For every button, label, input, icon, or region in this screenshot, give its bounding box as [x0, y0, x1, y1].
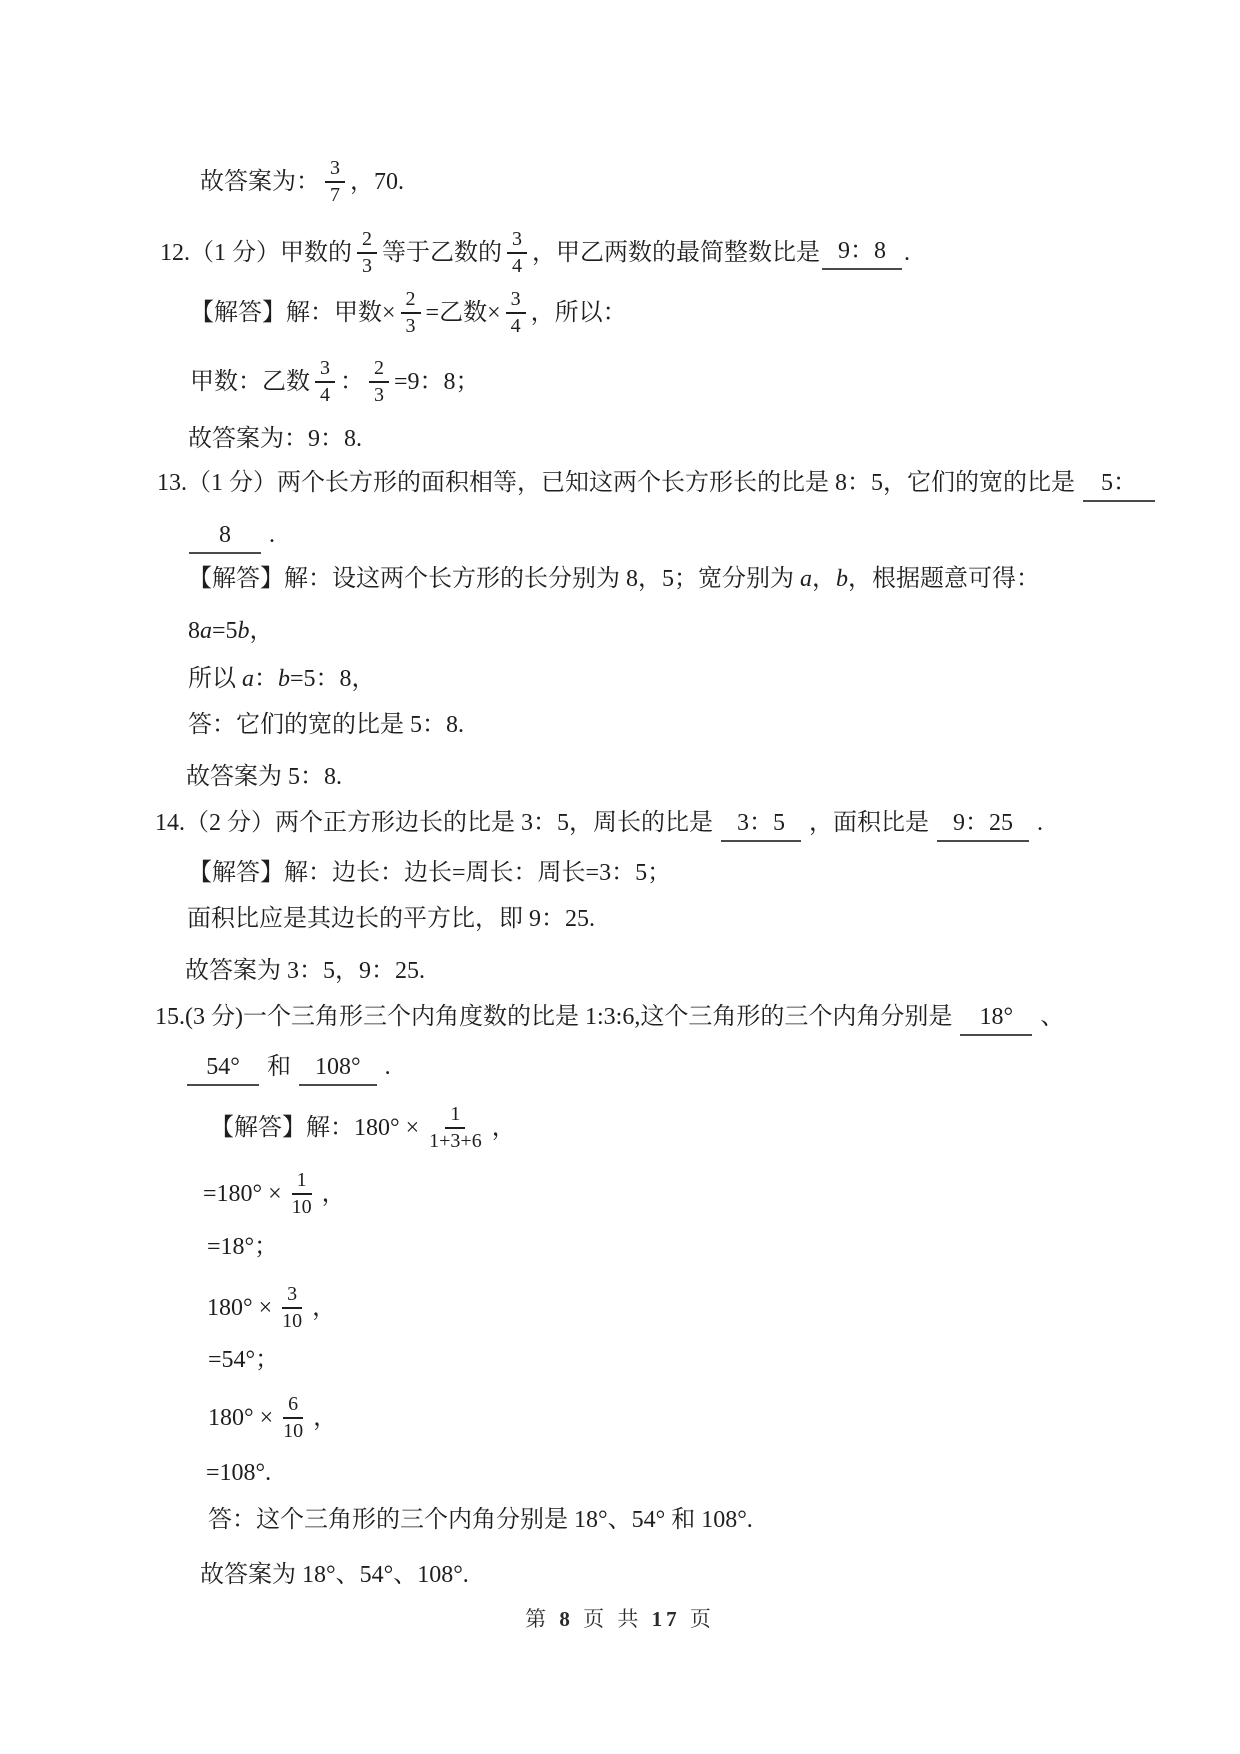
text: 180° × — [207, 1293, 272, 1323]
text: . — [904, 238, 910, 268]
text: 答：它们的宽的比是 5：8. — [188, 712, 464, 738]
text: . — [385, 1054, 391, 1080]
q15-solution-line-3: =18°； — [207, 1232, 278, 1262]
text: 180° × — [208, 1403, 273, 1433]
text: 故答案为：9：8. — [188, 426, 362, 452]
text: =54°； — [208, 1347, 279, 1373]
fraction: 3 4 — [506, 289, 526, 337]
page-footer: 第 8 页 共 17 页 — [0, 1603, 1240, 1633]
q15-question-line-2: 54° 和 108° . — [185, 1052, 391, 1086]
fraction-denominator: 10 — [287, 1195, 317, 1218]
answer-blank: 3：5 — [721, 808, 801, 842]
text: 【解答】解：180° × — [210, 1113, 419, 1143]
fraction-denominator: 4 — [506, 314, 526, 337]
text: 【解答】解：甲数× — [190, 298, 396, 328]
text: 故答案为 18°、54°、108°. — [200, 1562, 469, 1588]
q13-question-line-2: 8 . — [187, 520, 275, 554]
fraction-numerator: 3 — [506, 289, 526, 314]
fraction-denominator: 3 — [357, 254, 377, 277]
fraction-denominator: 4 — [507, 254, 527, 277]
q15-solution-line-4: 180° × 3 10 ， — [207, 1276, 336, 1340]
fraction: 3 4 — [507, 229, 527, 277]
q15-question-line: 15.(3 分)一个三角形三个内角度数的比是 1:3:6,这个三角形的三个内角分… — [155, 1002, 1064, 1036]
text: ，所以： — [531, 298, 627, 328]
text: 所以 — [188, 666, 242, 692]
text: =5：8， — [290, 666, 376, 692]
answer-blank: 5： — [1083, 468, 1155, 502]
fraction: 2 3 — [401, 289, 421, 337]
fraction-numerator: 3 — [325, 158, 345, 183]
text: 【解答】解：设这两个长方形的长分别为 8，5；宽分别为 — [188, 566, 800, 592]
q14-solution-line-2: 面积比应是其边长的平方比，即 9：25. — [187, 904, 595, 934]
q12-answer-summary: 故答案为：9：8. — [188, 424, 362, 454]
text: ， — [492, 1113, 516, 1143]
text: ： — [254, 666, 278, 692]
fraction: 6 10 — [278, 1394, 308, 1442]
q11-answer-line: 故答案为： 3 7 ，70. — [200, 150, 404, 214]
answer-blank: 8 — [189, 520, 261, 554]
answer-blank: 108° — [299, 1052, 377, 1086]
text: 故答案为： — [200, 167, 320, 197]
q12-solution-line-2: 甲数：乙数 3 4 ： 2 3 =9：8； — [190, 350, 480, 414]
text: =乙数× — [426, 298, 501, 328]
fraction-numerator: 2 — [401, 289, 421, 314]
text: 答：这个三角形的三个内角分别是 18°、54° 和 108°. — [208, 1507, 753, 1533]
text: ， — [322, 1179, 346, 1209]
text: 面积比应是其边长的平方比，即 9：25. — [187, 906, 595, 932]
fraction-denominator: 3 — [369, 383, 389, 406]
text: =108°. — [206, 1460, 271, 1486]
text: 【解答】解：边长：边长=周长：周长=3：5； — [188, 860, 671, 886]
text: . — [269, 522, 275, 548]
text: =9：8； — [394, 367, 480, 397]
fraction: 1 1+3+6 — [424, 1104, 487, 1152]
answer-blank: 18° — [960, 1002, 1032, 1036]
footer-text: 页 共 — [583, 1607, 642, 1631]
footer-total-pages: 17 — [652, 1607, 681, 1631]
variable-b: b — [238, 618, 250, 644]
fraction-denominator: 7 — [325, 183, 345, 206]
text: . — [1037, 810, 1043, 836]
fraction: 2 3 — [369, 358, 389, 406]
q15-answer-sentence: 答：这个三角形的三个内角分别是 18°、54° 和 108°. — [208, 1505, 753, 1535]
q13-solution-line-1: 【解答】解：设这两个长方形的长分别为 8，5；宽分别为 a，b，根据题意可得： — [188, 564, 1040, 594]
fraction-denominator: 10 — [277, 1309, 307, 1332]
text: 14.（2 分）两个正方形边长的比是 3：5，周长的比是 — [155, 810, 713, 836]
fraction-numerator: 3 — [282, 1284, 302, 1309]
variable-a: a — [242, 666, 254, 692]
answer-blank: 9：8 — [822, 236, 902, 270]
variable-a: a — [200, 618, 212, 644]
q14-solution-line-1: 【解答】解：边长：边长=周长：周长=3：5； — [188, 858, 671, 888]
fraction: 3 4 — [315, 358, 335, 406]
fraction-numerator: 1 — [445, 1104, 465, 1129]
q13-answer-sentence: 答：它们的宽的比是 5：8. — [188, 710, 464, 740]
q15-solution-line-7: =108°. — [206, 1458, 271, 1488]
fraction: 1 10 — [287, 1170, 317, 1218]
text: ， — [812, 566, 836, 592]
q15-solution-line-5: =54°； — [208, 1345, 279, 1375]
fraction-denominator: 10 — [278, 1419, 308, 1442]
answer-blank: 54° — [187, 1052, 259, 1086]
q15-answer-summary: 故答案为 18°、54°、108°. — [200, 1560, 469, 1590]
text: 8 — [188, 618, 200, 644]
text: 、 — [1040, 1004, 1064, 1030]
q14-question-line: 14.（2 分）两个正方形边长的比是 3：5，周长的比是 3：5 ，面积比是 9… — [155, 808, 1043, 842]
text: 和 — [267, 1054, 297, 1080]
text: ， — [312, 1293, 336, 1323]
text: 等于乙数的 — [382, 238, 502, 268]
text: ，面积比是 — [809, 810, 929, 836]
text: ： — [340, 367, 364, 397]
text: ，甲乙两数的最简整数比是 — [532, 238, 820, 268]
q13-question-line: 13.（1 分）两个长方形的面积相等，已知这两个长方形长的比是 8：5，它们的宽… — [157, 468, 1157, 502]
fraction-numerator: 2 — [357, 229, 377, 254]
fraction-denominator: 3 — [401, 314, 421, 337]
fraction-numerator: 1 — [292, 1170, 312, 1195]
variable-b: b — [836, 566, 848, 592]
variable-a: a — [800, 566, 812, 592]
text: 12.（1 分）甲数的 — [160, 238, 352, 268]
q14-answer-summary: 故答案为 3：5，9：25. — [185, 956, 425, 986]
fraction-numerator: 6 — [283, 1394, 303, 1419]
text: 15.(3 分)一个三角形三个内角度数的比是 1:3:6,这个三角形的三个内角分… — [155, 1004, 952, 1030]
q15-solution-line-2: =180° × 1 10 ， — [203, 1162, 346, 1226]
fraction-denominator: 4 — [315, 383, 335, 406]
footer-page-number: 8 — [559, 1607, 574, 1631]
q13-answer-summary: 故答案为 5：8. — [186, 762, 342, 792]
text: =5 — [212, 618, 238, 644]
fraction-numerator: 3 — [315, 358, 335, 383]
q12-question-line: 12.（1 分）甲数的 2 3 等于乙数的 3 4 ，甲乙两数的最简整数比是 9… — [160, 221, 910, 285]
text: 13.（1 分）两个长方形的面积相等，已知这两个长方形长的比是 8：5，它们的宽… — [157, 470, 1075, 496]
fraction-numerator: 2 — [369, 358, 389, 383]
text: ，70. — [350, 167, 404, 197]
text: ， — [250, 618, 274, 644]
footer-text: 第 — [525, 1607, 550, 1631]
fraction-numerator: 3 — [507, 229, 527, 254]
fraction: 3 10 — [277, 1284, 307, 1332]
fraction-denominator: 1+3+6 — [424, 1129, 487, 1152]
fraction: 2 3 — [357, 229, 377, 277]
text: =180° × — [203, 1179, 282, 1209]
answer-blank: 9：25 — [937, 808, 1029, 842]
q12-solution-line-1: 【解答】解：甲数× 2 3 =乙数× 3 4 ，所以： — [190, 281, 627, 345]
q13-solution-line-3: 所以 a：b=5：8， — [188, 664, 376, 694]
q13-solution-line-2: 8a=5b， — [188, 616, 274, 646]
text: ，根据题意可得： — [848, 566, 1040, 592]
q15-solution-line-1: 【解答】解：180° × 1 1+3+6 ， — [210, 1096, 516, 1160]
variable-b: b — [278, 666, 290, 692]
q15-solution-line-6: 180° × 6 10 ， — [208, 1386, 337, 1450]
fraction: 3 7 — [325, 158, 345, 206]
footer-text: 页 — [690, 1607, 715, 1631]
text: ， — [313, 1403, 337, 1433]
text: 故答案为 5：8. — [186, 764, 342, 790]
text: 甲数：乙数 — [190, 367, 310, 397]
text: 故答案为 3：5，9：25. — [185, 958, 425, 984]
text: =18°； — [207, 1234, 278, 1260]
document-page: 故答案为： 3 7 ，70. 12.（1 分）甲数的 2 3 等于乙数的 3 4… — [0, 0, 1240, 1754]
